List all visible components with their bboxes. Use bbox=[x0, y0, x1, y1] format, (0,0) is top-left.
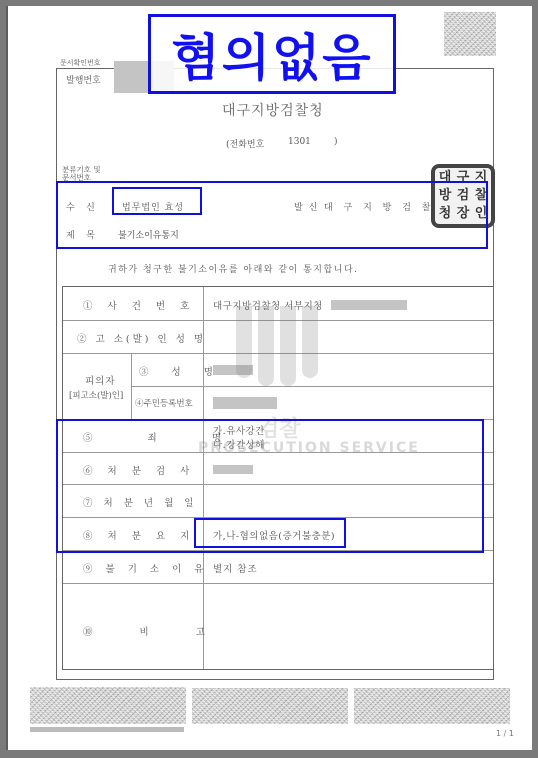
label-remarks: ⑩ 비 고 bbox=[83, 624, 227, 638]
label-suspect-group-2: [피고소(발)인] bbox=[69, 389, 123, 401]
phone-close: ) bbox=[334, 137, 338, 147]
row-divider bbox=[131, 386, 493, 387]
page-indicator: 1 / 1 bbox=[496, 729, 514, 738]
label-nonprosecution-reason: ⑨ 불 기 소 이 유 bbox=[83, 561, 208, 575]
doc-confirm-label: 문서확인번호 bbox=[60, 58, 101, 68]
highlight-summary-box bbox=[194, 518, 346, 548]
row-divider bbox=[63, 583, 493, 584]
document-page: 문서확인번호 발행번호 대구지방검찰청 (전화번호 1301 ) 분류기호 및 … bbox=[6, 6, 532, 750]
label-resident-number: ④주민등록번호 bbox=[135, 397, 193, 409]
label-suspect-group-1: 피의자 bbox=[85, 373, 116, 387]
value-nonprosecution-reason: 별지 참조 bbox=[213, 561, 258, 575]
stamp-title: 혐의없음 bbox=[148, 14, 396, 94]
office-title: 대구지방검찰청 bbox=[222, 100, 324, 120]
case-number-redaction bbox=[331, 300, 407, 310]
prosecution-watermark-logo bbox=[222, 306, 332, 386]
phone-label: (전화번호 bbox=[226, 137, 264, 150]
footer-barcode-1 bbox=[30, 687, 186, 724]
footer-serial-redaction bbox=[30, 727, 184, 732]
phone-value: 1301 bbox=[288, 137, 311, 147]
footer-barcode-3 bbox=[354, 688, 510, 724]
resident-number-redaction bbox=[213, 397, 277, 409]
label-complainant: ② 고 소(발) 인 성 명 bbox=[77, 331, 206, 345]
label-name: ③ 성 명 bbox=[139, 364, 223, 378]
issue-no-label: 발행번호 bbox=[66, 73, 101, 86]
intro-text: 귀하가 청구한 불기소이유를 아래와 같이 통지합니다. bbox=[108, 262, 358, 275]
footer-barcode-2 bbox=[192, 688, 348, 724]
highlight-recipient-box bbox=[112, 187, 202, 215]
top-barcode bbox=[444, 12, 496, 56]
label-case-number: ① 사 건 번 호 bbox=[83, 298, 195, 312]
